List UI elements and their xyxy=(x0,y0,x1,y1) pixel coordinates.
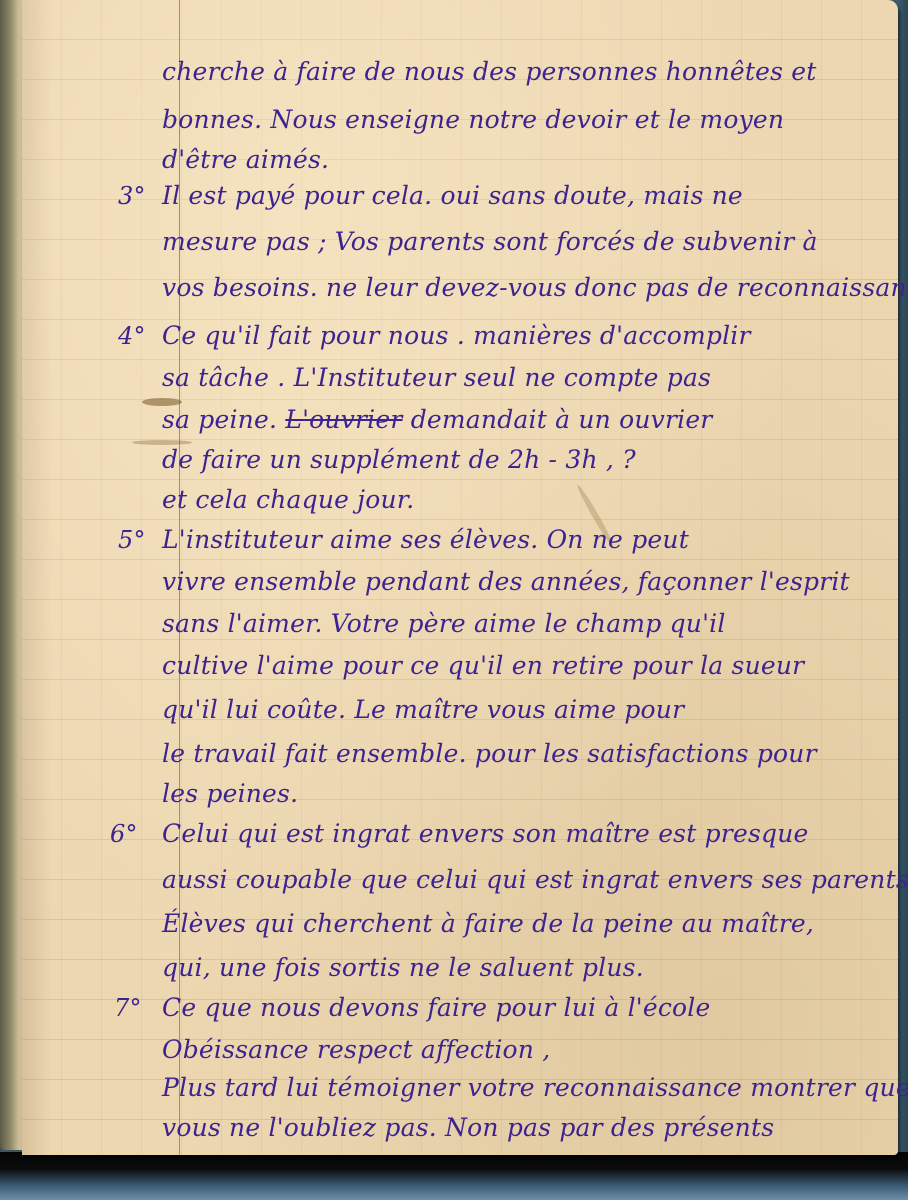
handwritten-line: les peines. xyxy=(162,774,298,814)
handwritten-line: Plus tard lui témoigner votre reconnaiss… xyxy=(162,1068,908,1108)
handwritten-line: aussi coupable que celui qui est ingrat … xyxy=(162,860,908,900)
handwritten-line: Ce que nous devons faire pour lui à l'éc… xyxy=(162,988,711,1028)
line-text: cultive l'aime pour ce qu'il en retire p… xyxy=(162,651,804,680)
handwritten-line: Élèves qui cherchent à faire de la peine… xyxy=(162,904,814,944)
handwritten-line: vivre ensemble pendant des années, façon… xyxy=(162,562,850,602)
line-text: Plus tard lui témoigner votre reconnaiss… xyxy=(162,1073,908,1102)
handwritten-line: le travail fait ensemble. pour les satis… xyxy=(162,734,817,774)
line-text: de faire un supplément de 2h - 3h , ? xyxy=(162,445,636,474)
scan-background-bottom xyxy=(0,1152,908,1200)
handwritten-line: sans l'aimer. Votre père aime le champ q… xyxy=(162,604,726,644)
line-text: et cela chaque jour. xyxy=(162,485,414,514)
line-text: cherche à faire de nous des personnes ho… xyxy=(162,57,817,86)
line-text: Il est payé pour cela. oui sans doute, m… xyxy=(162,181,743,210)
item-number: 6° xyxy=(110,814,138,854)
item-number: 7° xyxy=(114,988,142,1028)
handwritten-line: vous ne l'oubliez pas. Non pas par des p… xyxy=(162,1108,774,1148)
line-text: le travail fait ensemble. pour les satis… xyxy=(162,739,817,768)
handwritten-line: et cela chaque jour. xyxy=(162,480,414,520)
handwritten-line: mesure pas ; Vos parents sont forcés de … xyxy=(162,222,818,262)
struck-through-word: L'ouvrier xyxy=(285,405,402,434)
handwritten-line: Obéissance respect affection , xyxy=(162,1030,550,1070)
handwritten-line: cultive l'aime pour ce qu'il en retire p… xyxy=(162,646,804,686)
line-text: vos besoins. ne leur devez-vous donc pas… xyxy=(162,273,908,302)
line-text: qu'il lui coûte. Le maître vous aime pou… xyxy=(162,695,684,724)
line-text: Celui qui est ingrat envers son maître e… xyxy=(162,819,809,848)
handwritten-line: qui, une fois sortis ne le saluent plus. xyxy=(162,948,644,988)
handwritten-line: vos besoins. ne leur devez-vous donc pas… xyxy=(162,268,908,308)
line-text: sans l'aimer. Votre père aime le champ q… xyxy=(162,609,726,638)
line-text: les peines. xyxy=(162,779,298,808)
handwritten-line: d'être aimés. xyxy=(162,140,329,180)
line-text: Élèves qui cherchent à faire de la peine… xyxy=(162,909,814,938)
line-text: mesure pas ; Vos parents sont forcés de … xyxy=(162,227,818,256)
handwritten-line: L'instituteur aime ses élèves. On ne peu… xyxy=(162,520,689,560)
line-text: L'instituteur aime ses élèves. On ne peu… xyxy=(162,525,689,554)
handwritten-line: Celui qui est ingrat envers son maître e… xyxy=(162,814,809,854)
item-number: 4° xyxy=(118,316,146,356)
line-text: bonnes. Nous enseigne notre devoir et le… xyxy=(162,105,784,134)
handwritten-line: bonnes. Nous enseigne notre devoir et le… xyxy=(162,100,784,140)
handwritten-line: qu'il lui coûte. Le maître vous aime pou… xyxy=(162,690,684,730)
line-text: sa tâche . L'Instituteur seul ne compte … xyxy=(162,363,711,392)
line-text: qui, une fois sortis ne le saluent plus. xyxy=(162,953,644,982)
line-text: sa peine. xyxy=(162,405,277,434)
line-text: vivre ensemble pendant des années, façon… xyxy=(162,567,850,596)
item-number: 3° xyxy=(118,176,146,216)
line-text: d'être aimés. xyxy=(162,145,329,174)
line-text: Ce que nous devons faire pour lui à l'éc… xyxy=(162,993,711,1022)
handwritten-line: sa tâche . L'Instituteur seul ne compte … xyxy=(162,358,711,398)
line-text: Ce qu'il fait pour nous . manières d'acc… xyxy=(162,321,751,350)
handwritten-line: Il est payé pour cela. oui sans doute, m… xyxy=(162,176,743,216)
line-text: demandait à un ouvrier xyxy=(411,405,713,434)
line-text: aussi coupable que celui qui est ingrat … xyxy=(162,865,908,894)
handwritten-line: Ce qu'il fait pour nous . manières d'acc… xyxy=(162,316,751,356)
handwritten-line: de faire un supplément de 2h - 3h , ? xyxy=(162,440,636,480)
line-text: Obéissance respect affection , xyxy=(162,1035,550,1064)
line-text: vous ne l'oubliez pas. Non pas par des p… xyxy=(162,1113,774,1142)
handwritten-line: sa peine. L'ouvrier demandait à un ouvri… xyxy=(162,400,712,440)
handwritten-line: cherche à faire de nous des personnes ho… xyxy=(162,52,817,92)
item-number: 5° xyxy=(118,520,146,560)
